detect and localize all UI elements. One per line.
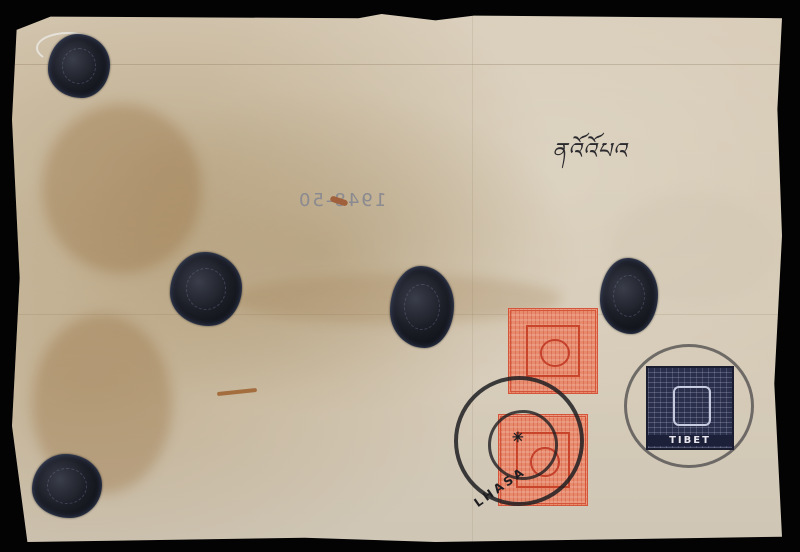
wax-seal-middle-left <box>170 252 242 326</box>
wax-drip <box>217 388 257 396</box>
stamp-emblem-icon <box>673 386 711 426</box>
wax-seal-top-left <box>48 34 110 98</box>
wax-seal-middle-center <box>390 266 454 348</box>
postmark-center-mark: ✳ <box>512 430 524 446</box>
tibet-label: TIBET <box>648 435 732 446</box>
fold-line <box>12 64 782 65</box>
photo-background: ནའོའོཔའ 1948-50 LHASA ✳ TIBET <box>0 0 800 552</box>
stain <box>42 104 202 274</box>
lion-emblem-icon <box>540 339 569 367</box>
lhasa-postmark: LHASA ✳ <box>454 376 584 506</box>
envelope: ནའོའོཔའ 1948-50 LHASA ✳ TIBET <box>12 14 782 542</box>
tibetan-handwriting: ནའོའོཔའ <box>552 126 627 188</box>
wax-seal-bottom-left <box>32 454 102 518</box>
wax-seal-middle-right <box>600 258 658 334</box>
blue-tibet-stamp: TIBET <box>646 366 734 450</box>
